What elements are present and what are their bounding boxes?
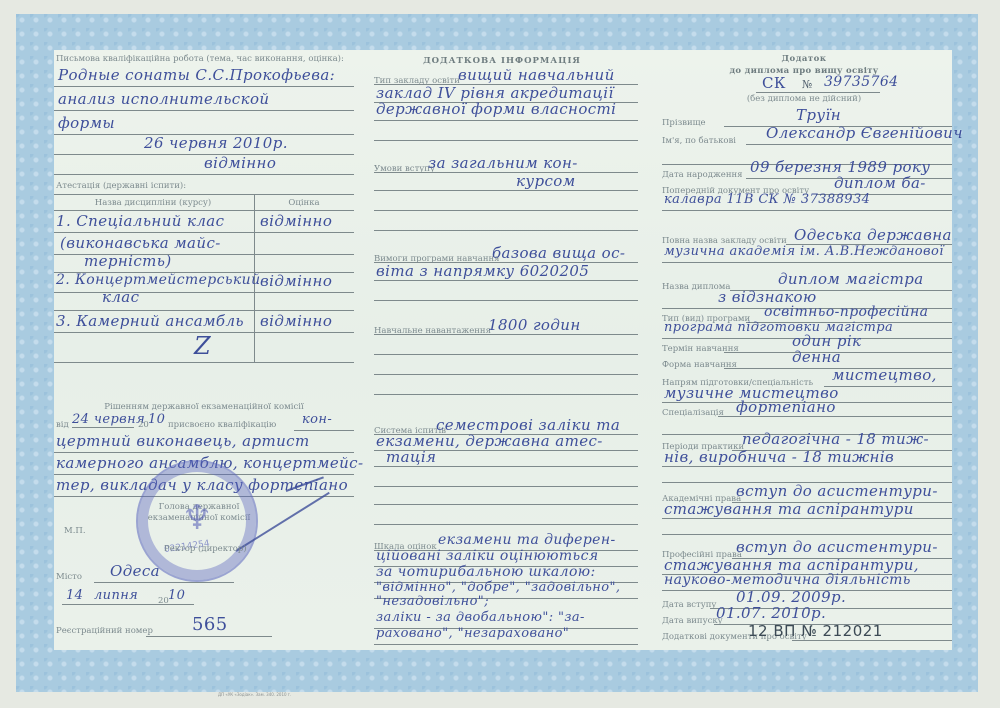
qualification-line-2: цертний виконавець, артист [56,432,310,450]
rule [718,416,952,417]
rector-label: Ректор (директор) [164,544,247,554]
grading-line-6: заліки - за двобальною": "за- [376,610,585,625]
rule [792,640,952,641]
rule [374,140,638,141]
mp-label: М.П. [64,526,86,536]
discipline-3-grade: відмінно [260,312,332,330]
rule [374,486,638,487]
reg-number: 565 [192,614,228,635]
validity-note: (без диплома не дійсний) [656,94,952,104]
institution-type-line-1: вищий навчальний [458,66,615,84]
discipline-1-grade: відмінно [260,212,332,230]
rule [374,374,638,375]
discipline-2-grade: відмінно [260,272,332,290]
grading-line-3: за чотирибальною шкалою: [376,564,596,580]
rule [374,334,638,335]
city-value: Одеса [110,562,160,580]
professional-rights-line-1: вступ до асистентури- [736,538,938,556]
diploma-series: СК [762,74,786,92]
birth-label: Дата народження [662,170,743,180]
issue-day: 14 [66,588,83,603]
qualification-line-1: кон- [302,412,332,427]
commission-year: 10 [148,412,165,427]
thesis-line-1: Родные сонаты С.С.Прокофьева: [58,66,335,84]
rule [62,604,194,605]
discipline-2-line-1: 2. Концертмейстерський [56,272,261,288]
name-label: Ім'я, по батькові [662,136,736,146]
rule [54,110,354,111]
rule [54,362,354,363]
rule [374,354,638,355]
commission-assigned: присвоєно кваліфікацію [168,420,276,430]
rule [54,452,354,453]
rule [374,120,638,121]
right-column: Додаток до диплома про вищу освіту СК № … [656,50,952,650]
city-label: Місто [56,572,82,582]
requirements-line-1: базова вища ос- [492,244,625,262]
supplement-subtitle: до диплома про вищу освіту [656,66,952,76]
rule [54,174,354,175]
rule [374,300,638,301]
rule [94,582,234,583]
commission-from: від [56,420,69,430]
program-type-line-1: освітньо-професійна [764,304,928,320]
direction-line-1: мистецтво, [832,366,937,384]
rule [662,210,952,211]
rule [374,210,638,211]
trident-icon: ♆ [182,498,212,538]
thesis-line-3: формы [58,114,115,132]
name-value: Олександр Євгенійович [766,124,963,142]
prev-doc-line-2: калавра 11В СК № 37388934 [664,192,870,207]
academic-rights-line-2: стажування та аспірантури [664,500,914,518]
rule [374,230,638,231]
supplement-title: Додаток [656,54,952,64]
rule [146,636,272,637]
left-column: Письмова кваліфікаційна робота (тема, ча… [54,50,354,650]
rule [662,518,952,519]
issue-month: липня [94,588,138,603]
rule [746,144,952,145]
rule [54,86,354,87]
thesis-line-2: анализ исполнительской [58,90,269,108]
rule [374,466,638,467]
col-discipline-header: Назва дисципліни (курсу) [54,198,252,208]
rule [374,280,638,281]
specialization-value: фортепіано [736,398,836,416]
specialization-label: Спеціалізація [662,408,724,418]
grading-line-5: "незадовільно"; [376,594,489,609]
printer-footer: ДП «УК «Зодіак». Зам. 340. 2010 г. [218,692,291,697]
workload-value: 1800 годин [488,316,581,334]
rule [54,232,354,233]
discipline-3-line-1: 3. Камерний ансамбль [56,312,244,330]
admission-line-2: курсом [516,172,576,190]
thesis-date: 26 червня 2010р. [144,134,288,152]
form-value: денна [792,348,841,366]
discipline-2-line-2: клас [102,288,139,306]
grad-date-value: 01.07. 2010р. [716,604,826,622]
discipline-1-line-2: (виконавська майс- [60,234,221,252]
thesis-label: Письмова кваліфікаційна робота (тема, ча… [56,54,344,64]
exam-system-line-3: тація [386,448,436,466]
issue-year: 10 [168,588,185,603]
institution-type-line-3: державної форми власності [376,100,616,118]
surname-value: Труїн [796,106,841,124]
discipline-1-line-1: 1. Спеціальний клас [56,212,224,230]
entry-date-label: Дата вступу [662,600,716,610]
diploma-number: 39735764 [824,74,898,90]
rule [374,190,638,191]
rule [54,292,354,293]
rule [374,172,638,173]
z-mark: Z [194,332,211,360]
col-grade-header: Оцінка [256,198,352,208]
rule [662,534,952,535]
grading-line-1: екзамени та диферен- [438,532,616,548]
institution-line-2: музична академія ім. А.В.Нежданової [664,244,944,259]
document-border: Письмова кваліфікаційна робота (тема, ча… [16,14,978,692]
grading-line-2: ційовані заліки оцінюються [376,548,599,564]
attestation-label: Атестація (державні іспити): [56,181,186,191]
rule [662,466,952,467]
commission-day-month: 24 червня [72,412,134,428]
rule [374,524,638,525]
reg-label: Реєстраційний номер [56,626,153,636]
diploma-name-line-1: диплом магістра [778,270,924,288]
rule [374,504,638,505]
thesis-grade: відмінно [204,154,276,172]
rule [824,386,952,387]
rule [374,644,638,645]
professional-rights-line-3: науково-методична діяльність [664,572,911,588]
rule [374,394,638,395]
rule [662,262,952,263]
discipline-1-line-3: терність) [84,252,172,270]
commission-heading: Рішенням державної екзаменаційної комісі… [54,402,354,412]
grading-line-7: раховано", "незараховано" [376,626,569,641]
institution-line-1: Одеська державна [794,226,952,244]
rule [756,92,880,93]
prev-doc-line-1: диплом ба- [834,174,926,192]
rule [54,194,354,195]
practice-line-2: нів, виробнича - 18 тижнів [664,448,894,466]
grading-line-4: "відмінно", "добре", "задовільно", [376,580,620,595]
additional-info-heading: ДОДАТКОВА ІНФОРМАЦІЯ [366,56,638,66]
surname-label: Прізвище [662,118,706,128]
rule [294,430,354,431]
academic-rights-line-1: вступ до асистентури- [736,482,938,500]
document-body: Письмова кваліфікаційна робота (тема, ча… [54,50,952,650]
rule [54,310,354,311]
blank-serial-number: 12 ВП № 212021 [748,622,883,640]
admission-line-1: за загальним кон- [428,154,578,172]
rule [54,210,354,211]
practice-line-1: педагогічна - 18 тиж- [742,430,929,448]
middle-column: ДОДАТКОВА ІНФОРМАЦІЯ Тип закладу освіти … [366,50,638,650]
number-sign: № [802,78,812,91]
requirements-line-2: віта з напрямку 6020205 [376,262,589,280]
